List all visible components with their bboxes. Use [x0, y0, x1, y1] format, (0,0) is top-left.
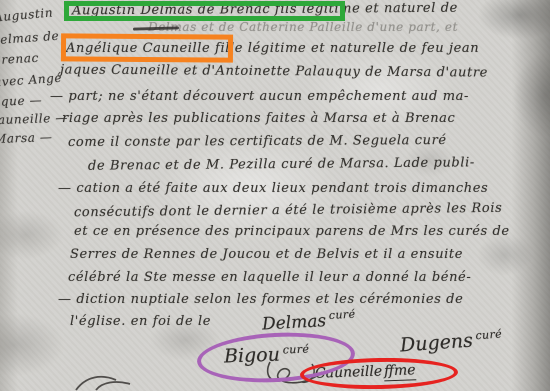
manuscript-line: l'église. en foi de le: [70, 314, 211, 329]
signature-title: curé: [475, 327, 502, 342]
margin-note: avec Angé: [0, 71, 63, 90]
margin-note: Augustin: [0, 5, 54, 24]
green-highlight-box: [64, 1, 345, 21]
manuscript-line: riage après les publications faites à Ma…: [62, 111, 455, 126]
manuscript-line: et ce en présence des principaux parens …: [74, 224, 510, 239]
manuscript-line: — part; ne s'étant découvert aucun empêc…: [50, 89, 469, 104]
manuscript-line: — diction nuptiale selon les formes et l…: [58, 292, 463, 307]
signature-name: Delmas: [262, 311, 327, 334]
orange-highlight-box: [61, 33, 233, 62]
partial-flourish: [72, 372, 132, 391]
margin-note: lique —: [0, 93, 42, 109]
signature-dugens: Dugenscuré: [399, 327, 503, 356]
margin-note: Brenac: [0, 51, 39, 67]
manuscript-line: consécutifs dont le dernier a été le tro…: [74, 201, 502, 220]
manuscript-line: Serres de Rennes de Joucou et de Belvis …: [70, 247, 463, 262]
signature-delmas: Delmascuré: [261, 308, 356, 335]
manuscript-line: de Brenac et de M. Pezilla curé de Marsa…: [88, 155, 475, 173]
manuscript-line: jaques Cauneille et d'Antoinette Palauqu…: [60, 63, 488, 81]
manuscript-line: — cation a été faite aux deux lieux pend…: [58, 181, 488, 196]
manuscript-line: célébré la Ste messe en laquelle il leur…: [68, 270, 471, 285]
signature-name: Dugens: [399, 330, 473, 357]
manuscript-line: come il conste par les certificats de M.…: [68, 133, 447, 150]
manuscript-line: Delmas et de Catherine Palleille d'une p…: [148, 20, 458, 34]
margin-note: Marsa —: [0, 130, 53, 146]
document-page: Augustin Delmas de Brenac avec Angé liqu…: [0, 0, 550, 391]
margin-note: Cauneille —: [0, 111, 68, 128]
margin-note: Delmas de: [0, 29, 60, 48]
signature-title: curé: [329, 308, 356, 322]
